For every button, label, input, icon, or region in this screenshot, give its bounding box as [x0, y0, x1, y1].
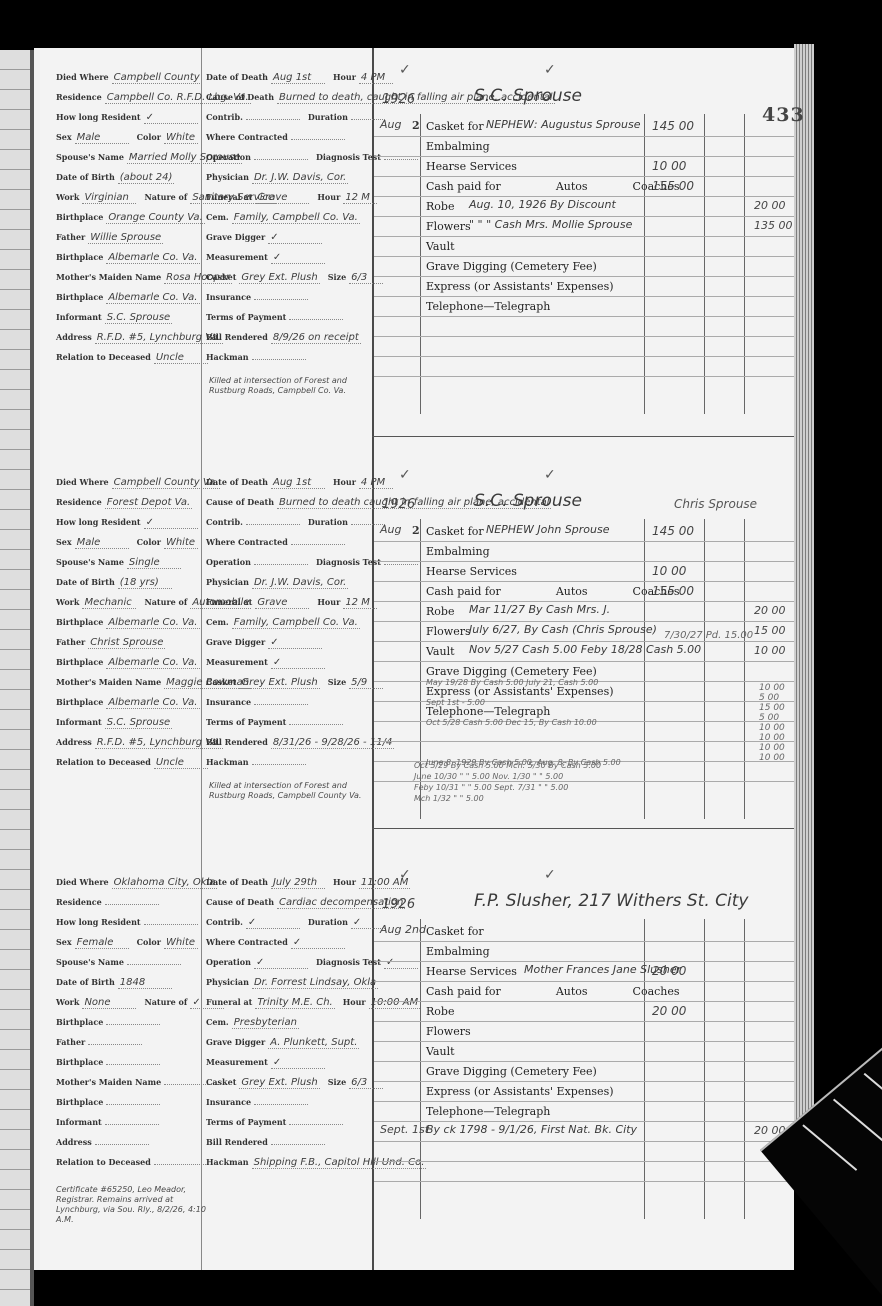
field-value	[106, 1064, 160, 1065]
field-label: Duration	[308, 917, 348, 927]
ledger-item-label: Cash paid forAutosCoaches	[426, 585, 680, 598]
ledger-row-vault: VaultNov 5/27 Cash 5.00 Feby 18/28 Cash …	[374, 641, 794, 662]
field-value: Oklahoma City, Okla	[112, 877, 218, 889]
field-label: Cem.	[206, 617, 229, 627]
form-field-died-where: Died WhereOklahoma City, Okla	[56, 877, 217, 891]
field-value	[289, 724, 343, 725]
adjacent-page-strip	[0, 50, 32, 1306]
field-label: Grave Digger	[206, 1037, 265, 1047]
form-field-bill-rendered: Bill Rendered8/31/26 - 9/28/26 - 11/4	[206, 737, 394, 751]
field-value: ✓	[144, 517, 198, 529]
field-label: Hackman	[206, 757, 249, 767]
installment-payment-note: Mch 1/32 " " 5.00	[414, 794, 484, 804]
item-label-text: Telephone—Telegraph	[426, 1105, 550, 1118]
field-value: Dr. Forrest Lindsay, Okla	[252, 977, 378, 989]
field-label: Bill Rendered	[206, 1137, 268, 1147]
field-label: Mother's Maiden Name	[56, 1077, 161, 1087]
burial-record: Died WhereCampbell County Va.ResidenceFo…	[34, 463, 794, 843]
field-value: R.F.D. #5, Lynchburg Va.	[95, 737, 223, 749]
check-mark-icon: ✓	[544, 867, 556, 883]
field-value	[88, 1044, 142, 1045]
ledger-item-label: Cash paid forAutosCoaches	[426, 985, 680, 998]
ledger-year: 1926	[382, 897, 415, 912]
item-label-text: Casket for	[426, 120, 484, 133]
form-field-measurement: Measurement✓	[206, 1057, 325, 1071]
ledger-item-label: Hearse Services	[426, 965, 517, 978]
field-label: Work	[56, 192, 79, 202]
form-field-sex: SexFemaleColorWhite	[56, 937, 198, 951]
field-label: Date of Death	[206, 72, 268, 82]
field-label: Date of Death	[206, 477, 268, 487]
form-field-measurement: Measurement✓	[206, 657, 325, 671]
field-label: Measurement	[206, 657, 268, 667]
installment-payment-note: Oct 5/28 Cash 5.00 Dec 15, By Cash 10.00	[426, 718, 597, 728]
credit-amount: 135 00	[754, 219, 793, 232]
burial-record: Died WhereOklahoma City, OklaResidenceHo…	[34, 863, 794, 1243]
form-field-how-long-resident: How long Resident	[56, 917, 198, 931]
ledger-row-blank: Sept. 1stBy ck 1798 - 9/1/26, First Nat.…	[374, 1121, 794, 1142]
field-label: Duration	[308, 112, 348, 122]
form-field-how-long-resident: How long Resident✓	[56, 112, 198, 126]
form-field-cem: Cem.Family, Campbell Co. Va.	[206, 212, 360, 226]
ledger-header: 1926F.P. Slusher, 217 Withers St. City	[374, 891, 794, 919]
ledger-item-label: Embalming	[426, 945, 490, 958]
ledger-item-label: Grave Digging (Cemetery Fee)	[426, 260, 597, 273]
field-value	[254, 299, 308, 300]
field-value	[144, 924, 198, 925]
field-value: 1848	[118, 977, 172, 989]
item-label-text: Telephone—Telegraph	[426, 300, 550, 313]
form-field-date-of-death: Date of DeathAug 1stHour4 PM	[206, 477, 393, 491]
field-label: Spouse's Name	[56, 152, 124, 162]
field-value	[105, 904, 159, 905]
ledger-row-grave-digging: Grave Digging (Cemetery Fee)	[374, 1061, 794, 1082]
field-label: Measurement	[206, 252, 268, 262]
field-value	[252, 359, 306, 360]
form-field-date-of-birth: Date of Birth(18 yrs)	[56, 577, 172, 591]
field-label: Contrib.	[206, 112, 243, 122]
field-label: Died Where	[56, 877, 109, 887]
field-label: Nature of	[144, 597, 187, 607]
field-value: Campbell County Va.	[112, 477, 221, 489]
flowers-side-note: 7/30/27 Pd. 15.00	[664, 631, 753, 641]
entry-day: 2	[412, 119, 420, 132]
item-label-text: Casket for	[426, 525, 484, 538]
ledger-row-robe: Robe20 00	[374, 1001, 794, 1022]
field-value: Albemarle Co. Va.	[106, 617, 199, 629]
form-field-terms-of-payment: Terms of Payment	[206, 1117, 343, 1131]
field-label: Operation	[206, 957, 251, 967]
field-value: Albemarle Co. Va.	[106, 292, 199, 304]
field-label: Address	[56, 332, 92, 342]
check-mark-icon: ✓	[544, 467, 556, 483]
item-label-text: Embalming	[426, 545, 490, 558]
form-field-informant: InformantS.C. Sprouse	[56, 312, 172, 326]
item-label-text: Express (or Assistants' Expenses)	[426, 1085, 614, 1098]
ledger-row-blank	[374, 356, 794, 377]
handwritten-entry: Nov 5/27 Cash 5.00 Feby 18/28 Cash 5.00	[469, 643, 701, 656]
ledger-row-cash-paid-for: Cash paid forAutosCoaches155 00	[374, 176, 794, 197]
form-field-insurance: Insurance	[206, 292, 308, 306]
field-value: (18 yrs)	[118, 577, 172, 589]
field-value: Albemarle Co. Va.	[106, 697, 199, 709]
field-label: Birthplace	[56, 1057, 103, 1067]
field-value: Family, Campbell Co. Va.	[232, 212, 360, 224]
form-field-father: FatherChrist Sprouse	[56, 637, 165, 651]
field-label: Informant	[56, 312, 102, 322]
field-label: Cem.	[206, 1017, 229, 1027]
item-label-text: Hearse Services	[426, 965, 517, 978]
item-label-text: Vault	[426, 240, 455, 253]
field-label: Size	[328, 677, 346, 687]
entry-date: Aug	[380, 523, 401, 536]
field-value	[106, 1104, 160, 1105]
field-label: Sex	[56, 537, 72, 547]
field-label: Diagnosis Test	[316, 152, 381, 162]
field-value: White	[164, 937, 198, 949]
secondary-account-name: Chris Sprouse	[674, 497, 757, 511]
field-value: 12 M	[343, 192, 377, 204]
form-field-funeral-at: Funeral atGraveHour12 M	[206, 192, 377, 206]
form-field-grave-digger: Grave DiggerA. Plunkett, Supt.	[206, 1037, 359, 1051]
field-value: Trinity M.E. Ch.	[255, 997, 334, 1009]
form-field-died-where: Died WhereCampbell County	[56, 72, 202, 86]
installment-amount: 15 00	[759, 703, 785, 713]
item-label-text: Robe	[426, 605, 454, 618]
field-label: Date of Death	[206, 877, 268, 887]
form-field-father-birthplace: Birthplace	[56, 1057, 160, 1071]
ledger-item-label: Vault	[426, 1045, 455, 1058]
field-label: Birthplace	[56, 1017, 103, 1027]
field-value	[106, 1024, 160, 1025]
handwritten-note: Killed at intersection of Forest and Rus…	[209, 376, 369, 396]
ledger-item-label: Casket for	[426, 525, 484, 538]
ledger-row-telephone: Telephone—Telegraph	[374, 1101, 794, 1122]
form-field-funeral-at: Funeral atGraveHour12 M	[206, 597, 377, 611]
field-value	[246, 119, 300, 120]
field-value	[254, 159, 308, 160]
field-value: Grey Ext. Plush	[239, 272, 319, 284]
field-label: Cause of Death	[206, 897, 274, 907]
field-value: Female	[75, 937, 129, 949]
field-label: Hour	[317, 597, 340, 607]
field-value: Mechanic	[82, 597, 136, 609]
item-label-text: Robe	[426, 200, 454, 213]
form-field-mother-birthplace: BirthplaceAlbemarle Co. Va.	[56, 292, 200, 306]
field-value: Orange County Va.	[106, 212, 204, 224]
entry-date: Aug	[380, 118, 401, 131]
item-label-text: Vault	[426, 645, 455, 658]
form-field-bill-rendered: Bill Rendered	[206, 1137, 325, 1151]
ledger-header: 1926S.C. Sprouse	[374, 86, 794, 114]
field-label: Address	[56, 1137, 92, 1147]
form-field-relation-to-deceased: Relation to Deceased	[56, 1157, 208, 1171]
field-value: Dr. J.W. Davis, Cor.	[252, 577, 348, 589]
account-ledger: 1926S.C. SprouseAug2Casket forNEPHEW: Au…	[374, 86, 794, 426]
item-label-text: Robe	[426, 1005, 454, 1018]
field-label: Sex	[56, 132, 72, 142]
installment-amount: 10 00	[759, 683, 785, 693]
account-name: S.C. Sprouse	[474, 86, 582, 106]
field-label: Where Contracted	[206, 537, 288, 547]
handwritten-entry: Mar 11/27 By Cash Mrs. J.	[469, 603, 610, 616]
field-value	[291, 544, 345, 545]
ledger-row-casket-for: Aug 2ndCasket for	[374, 921, 794, 942]
item-label-text: Cash paid for	[426, 180, 501, 193]
field-label: Operation	[206, 557, 251, 567]
field-value: Male	[75, 132, 129, 144]
field-label: Birthplace	[56, 697, 103, 707]
ledger-row-vault: Vault	[374, 236, 794, 257]
field-label: Color	[137, 132, 161, 142]
form-field-informant: Informant	[56, 1117, 159, 1131]
form-field-hackman: Hackman	[206, 352, 306, 366]
field-value: Male	[75, 537, 129, 549]
field-value: Willie Sprouse	[88, 232, 163, 244]
ledger-item-label: Telephone—Telegraph	[426, 1105, 550, 1118]
form-field-cem: Cem.Family, Campbell Co. Va.	[206, 617, 360, 631]
ledger-item-label: Embalming	[426, 140, 490, 153]
field-value: S.C. Sprouse	[105, 717, 173, 729]
field-value: ✓	[144, 112, 198, 124]
field-label: Diagnosis Test	[316, 557, 381, 567]
handwritten-note: Certificate #65250, Leo Meador, Registra…	[56, 1185, 206, 1225]
debit-amount: 10 00	[652, 159, 686, 173]
handwritten-entry: July 6/27, By Cash (Chris Sprouse)	[469, 623, 657, 636]
form-field-casket: CasketGrey Ext. PlushSize6/3	[206, 272, 383, 286]
field-label: Date of Birth	[56, 577, 115, 587]
field-value	[127, 964, 181, 965]
ledger-item-label: Embalming	[426, 545, 490, 558]
ledger-item-label: Grave Digging (Cemetery Fee)	[426, 665, 597, 678]
field-label: Date of Birth	[56, 977, 115, 987]
field-value: ✓	[271, 252, 325, 264]
item-label-text: Flowers	[426, 625, 471, 638]
form-field-where-contracted: Where Contracted	[206, 132, 345, 146]
field-label: Physician	[206, 977, 249, 987]
form-field-casket: CasketGrey Ext. PlushSize6/3	[206, 1077, 383, 1091]
ledger-item-label: Hearse Services	[426, 565, 517, 578]
field-label: Insurance	[206, 1097, 251, 1107]
account-ledger: 1926F.P. Slusher, 217 Withers St. CityAu…	[374, 891, 794, 1231]
sub-label-autos: Autos	[556, 985, 588, 998]
item-label-text: Flowers	[426, 220, 471, 233]
field-label: Hackman	[206, 352, 249, 362]
form-field-father: Father	[56, 1037, 142, 1051]
field-label: Birthplace	[56, 657, 103, 667]
field-value: Grave	[255, 597, 309, 609]
field-value	[246, 524, 300, 525]
field-label: Size	[328, 272, 346, 282]
payment-note: By ck 1798 - 9/1/26, First Nat. Bk. City	[426, 1123, 637, 1136]
installment-amount: 5 00	[759, 713, 779, 723]
field-label: Physician	[206, 172, 249, 182]
form-field-mother-birthplace: Birthplace	[56, 1097, 160, 1111]
field-value	[254, 1104, 308, 1105]
field-value	[252, 764, 306, 765]
field-label: Birthplace	[56, 292, 103, 302]
ledger-page: 433 Died WhereCampbell CountyResidenceCa…	[34, 48, 794, 1270]
field-label: Bill Rendered	[206, 737, 268, 747]
field-label: Terms of Payment	[206, 717, 286, 727]
ledger-item-label: Telephone—Telegraph	[426, 300, 550, 313]
field-label: Birthplace	[56, 617, 103, 627]
field-label: Hour	[333, 72, 356, 82]
field-label: How long Resident	[56, 517, 141, 527]
ledger-item-label: Express (or Assistants' Expenses)	[426, 280, 614, 293]
field-value: ✓	[268, 232, 322, 244]
field-value: Dr. J.W. Davis, Cor.	[252, 172, 348, 184]
field-label: Nature of	[144, 997, 187, 1007]
field-value: Aug 1st	[271, 477, 325, 489]
form-field-physician: PhysicianDr. Forrest Lindsay, Okla	[206, 977, 378, 991]
installment-payment-note: Sept 1st - 5.00	[426, 698, 485, 708]
account-ledger: 1926S.C. SprouseChris SprouseAug2Casket …	[374, 491, 794, 831]
field-value	[95, 1144, 149, 1145]
field-label: Measurement	[206, 1057, 268, 1067]
ledger-item-label: Robe	[426, 200, 454, 213]
ledger-row-express: Express (or Assistants' Expenses)	[374, 1081, 794, 1102]
ledger-row-embalming: Embalming	[374, 136, 794, 157]
item-label-text: Embalming	[426, 140, 490, 153]
field-label: Insurance	[206, 697, 251, 707]
field-value	[291, 139, 345, 140]
item-label-text: Grave Digging (Cemetery Fee)	[426, 260, 597, 273]
form-field-father-birthplace: BirthplaceAlbemarle Co. Va.	[56, 252, 200, 266]
ledger-item-label: Flowers	[426, 220, 471, 233]
handwritten-note: Killed at intersection of Forest and Rus…	[209, 781, 369, 801]
handwritten-entry: " " " Cash Mrs. Mollie Sprouse	[469, 218, 632, 231]
field-label: Father	[56, 637, 85, 647]
field-label: Insurance	[206, 292, 251, 302]
installment-amount: 10 00	[759, 723, 785, 733]
form-field-relation-to-deceased: Relation to DeceasedUncle	[56, 757, 208, 771]
item-label-text: Express (or Assistants' Expenses)	[426, 280, 614, 293]
field-label: Spouse's Name	[56, 557, 124, 567]
ledger-item-label: Casket for	[426, 925, 484, 938]
sub-label-autos: Autos	[556, 585, 588, 598]
entry-day: 2	[412, 524, 420, 537]
field-value	[154, 1164, 208, 1165]
item-label-text: Embalming	[426, 945, 490, 958]
field-value: Presbyterian	[232, 1017, 299, 1029]
field-label: Hour	[333, 877, 356, 887]
form-field-insurance: Insurance	[206, 1097, 308, 1111]
field-value: July 29th	[271, 877, 325, 889]
burial-record: Died WhereCampbell CountyResidenceCampbe…	[34, 58, 794, 438]
item-label-text: Cash paid for	[426, 585, 501, 598]
form-field-insurance: Insurance	[206, 697, 308, 711]
field-value: R.F.D. #5, Lynchburg Va.	[95, 332, 223, 344]
field-value	[271, 1144, 325, 1145]
field-value: Virginian	[82, 192, 136, 204]
installment-amount: 5 00	[759, 693, 779, 703]
ledger-item-label: Cash paid forAutosCoaches	[426, 180, 680, 193]
ledger-row-express: Express (or Assistants' Expenses)	[374, 276, 794, 297]
field-label: Funeral at	[206, 997, 252, 1007]
form-field-father: FatherWillie Sprouse	[56, 232, 163, 246]
ledger-item-label: Grave Digging (Cemetery Fee)	[426, 1065, 597, 1078]
check-mark-icon: ✓	[544, 62, 556, 78]
field-label: Sex	[56, 937, 72, 947]
credit-amount: 20 00	[754, 604, 786, 617]
form-field-physician: PhysicianDr. J.W. Davis, Cor.	[206, 577, 348, 591]
field-label: Hour	[333, 477, 356, 487]
field-value: Grey Ext. Plush	[239, 1077, 319, 1089]
field-value: 4 PM	[359, 72, 393, 84]
installment-amount: 10 00	[759, 733, 785, 743]
field-label: Bill Rendered	[206, 332, 268, 342]
ledger-item-label: Robe	[426, 605, 454, 618]
form-field-work: WorkNoneNature of✓	[56, 997, 224, 1011]
form-field-date-of-death: Date of DeathAug 1stHour4 PM	[206, 72, 393, 86]
field-label: Cause of Death	[206, 92, 274, 102]
check-mark-icon: ✓	[399, 867, 411, 883]
ledger-row-blank	[374, 336, 794, 357]
item-label-text: Flowers	[426, 1025, 471, 1038]
field-value: Albemarle Co. Va.	[106, 657, 199, 669]
item-label-text: Grave Digging (Cemetery Fee)	[426, 1065, 597, 1078]
ledger-row-flowers: Flowers" " " Cash Mrs. Mollie Sprouse135…	[374, 216, 794, 237]
field-label: Hackman	[206, 1157, 249, 1167]
form-field-birthplace: BirthplaceAlbemarle Co. Va.	[56, 617, 200, 631]
ledger-item-label: Flowers	[426, 625, 471, 638]
ledger-item-label: Vault	[426, 240, 455, 253]
ledger-item-label: Express (or Assistants' Expenses)	[426, 1085, 614, 1098]
field-label: Hour	[317, 192, 340, 202]
field-label: Residence	[56, 897, 102, 907]
ledger-year: 1926	[382, 92, 415, 107]
form-field-grave-digger: Grave Digger✓	[206, 637, 322, 651]
form-field-contrib: Contrib.Duration	[206, 112, 385, 126]
form-field-father-birthplace: BirthplaceAlbemarle Co. Va.	[56, 657, 200, 671]
field-label: Physician	[206, 577, 249, 587]
form-field-residence: ResidenceForest Depot Va.	[56, 497, 192, 511]
field-label: Informant	[56, 1117, 102, 1127]
field-label: Father	[56, 1037, 85, 1047]
field-label: Funeral at	[206, 192, 252, 202]
field-label: Work	[56, 597, 79, 607]
ledger-item-label: Hearse Services	[426, 160, 517, 173]
credit-amount: 20 00	[754, 199, 786, 212]
field-value: Uncle	[154, 352, 208, 364]
field-value: ✓	[291, 937, 345, 949]
field-label: Casket	[206, 1077, 236, 1087]
form-field-address: Address	[56, 1137, 149, 1151]
ledger-row-grave-digging: Grave Digging (Cemetery Fee)	[374, 256, 794, 277]
item-label-text: Cash paid for	[426, 985, 501, 998]
form-field-where-contracted: Where Contracted✓	[206, 937, 345, 951]
installment-amount: 10 00	[759, 743, 785, 753]
field-value	[289, 319, 343, 320]
ledger-year: 1926	[382, 497, 415, 512]
form-field-birthplace: Birthplace	[56, 1017, 160, 1031]
form-field-relation-to-deceased: Relation to DeceasedUncle	[56, 352, 208, 366]
field-label: How long Resident	[56, 917, 141, 927]
field-value: Campbell County	[112, 72, 202, 84]
field-value: 8/9/26 on receipt	[271, 332, 361, 344]
field-label: Birthplace	[56, 1097, 103, 1107]
form-field-terms-of-payment: Terms of Payment	[206, 717, 343, 731]
field-value: (about 24)	[118, 172, 175, 184]
field-label: Cem.	[206, 212, 229, 222]
installment-payment-note: June 10/30 " " 5.00 Nov. 1/30 " " 5.00	[414, 772, 563, 782]
ledger-row-flowers: Flowers	[374, 1021, 794, 1042]
field-label: Cause of Death	[206, 497, 274, 507]
item-label-text: Grave Digging (Cemetery Fee)	[426, 665, 597, 678]
ledger-item-label: Flowers	[426, 1025, 471, 1038]
field-value: ✓	[254, 957, 308, 969]
